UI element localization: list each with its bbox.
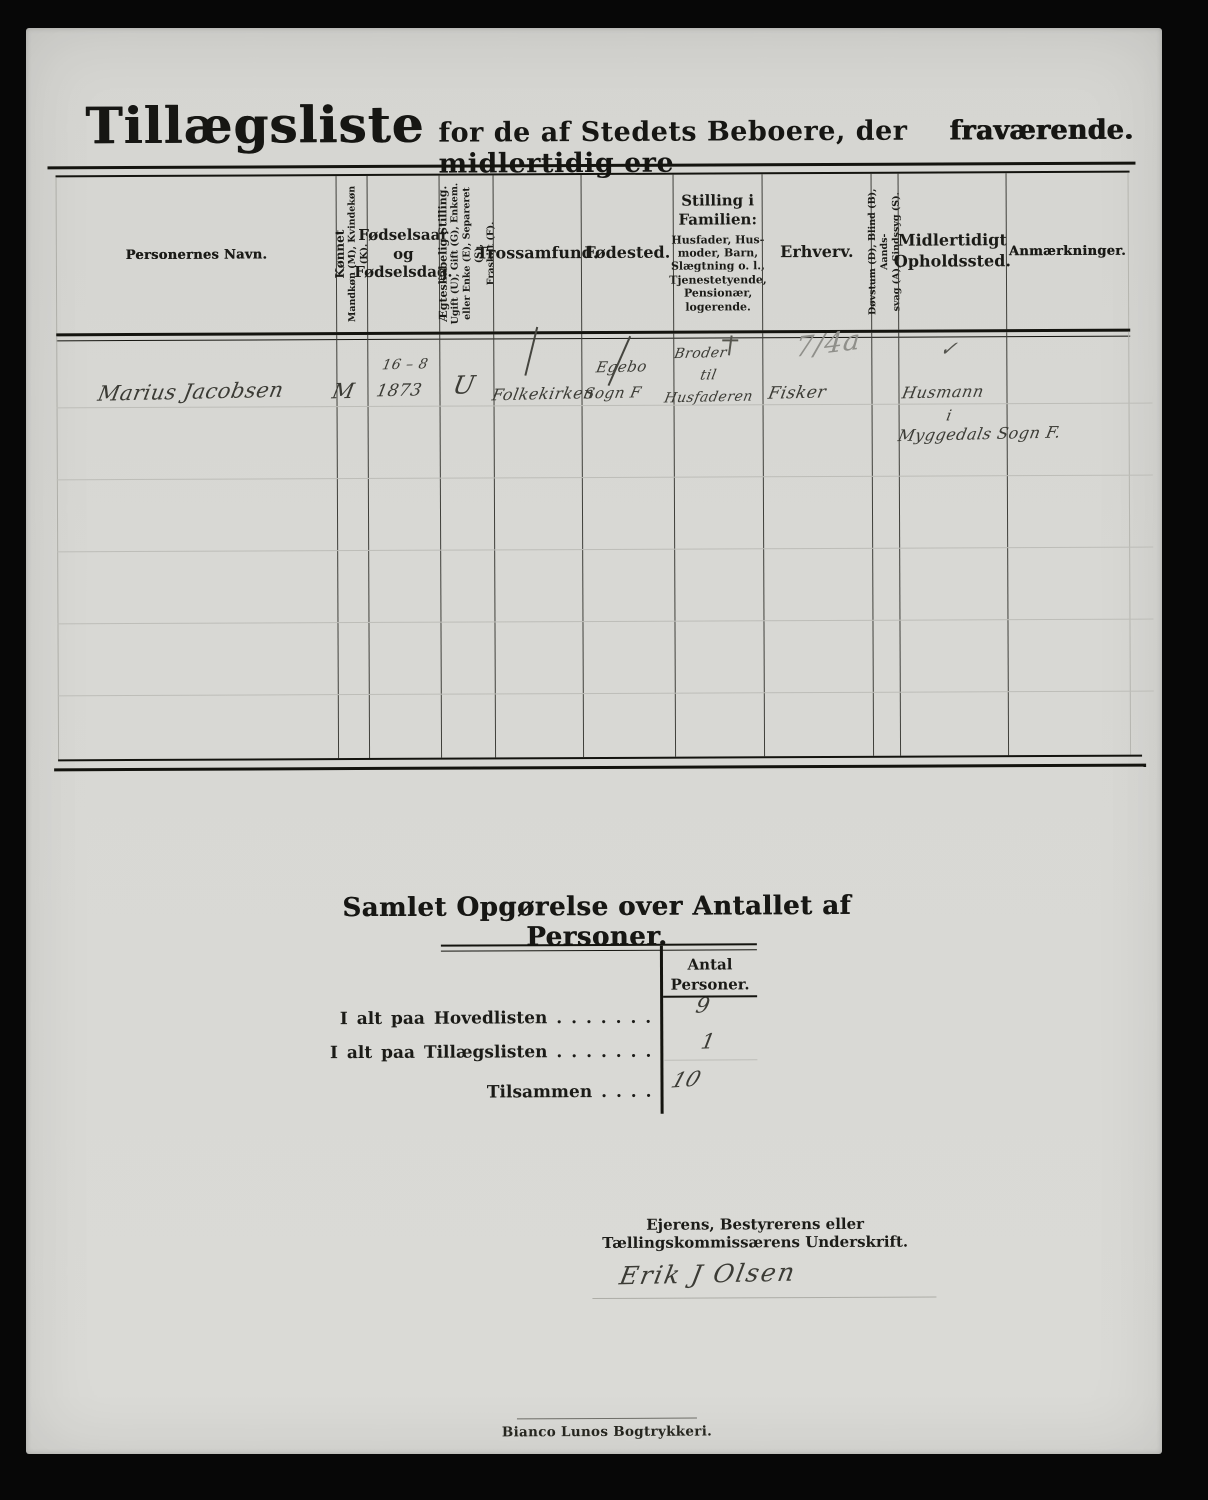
header-label: Ægteskabelig Stilling.	[436, 178, 450, 330]
header-midlertidigt-opholdssted: Midlertidigt Opholdssted.	[898, 173, 1007, 329]
entry-birth-year: 1873	[374, 380, 423, 401]
header-subline: Ugift (U), Gift (G), Enkem.	[449, 178, 462, 330]
header-trossamfund: Trossamfund.	[493, 175, 582, 331]
entry-sex: M	[330, 379, 357, 403]
entry-religion: Folkekirken	[490, 383, 596, 404]
header-label: Personernes Navn.	[126, 247, 268, 263]
entry-stay-line3: Myggedals Sogn F.	[897, 423, 1063, 446]
printer-rule	[517, 1418, 697, 1420]
entry-family-line2: til	[699, 367, 718, 383]
header-line: Midlertidigt	[894, 230, 1011, 251]
summary-row-label: I alt paa Tillægslisten . . . . . . .	[330, 1042, 651, 1063]
header-label: Anmærkninger.	[1009, 243, 1126, 259]
header-subline: Husfader, Hus-	[669, 233, 766, 247]
signature-handwritten: Erik J Olsen	[617, 1258, 799, 1291]
summary-row-label: I alt paa Hovedlisten . . . . . . .	[340, 1008, 651, 1029]
entry-occupation: Fisker	[766, 382, 827, 403]
printed-form: Tillægsliste for de af Stedets Beboere, …	[23, 26, 1165, 1457]
header-line: Stilling i	[678, 191, 757, 210]
summary-table: Antal Personer. I alt paa Hovedlisten . …	[441, 943, 758, 1120]
entry-birth-day: 16 – 8	[381, 356, 430, 373]
summary-col-header-line: Personer.	[663, 975, 757, 995]
header-line: Familien:	[678, 210, 757, 229]
signature-heading: Ejerens, Bestyrerens eller Tællingskommi…	[555, 1214, 955, 1252]
summary-row-value: 1	[699, 1029, 718, 1053]
header-label: Fødested.	[584, 242, 670, 263]
header-subline: Døvstum (D), Blind (B), Aands-	[867, 176, 891, 328]
summary-row-label: Tilsammen . . . .	[487, 1082, 652, 1103]
page-title-main: Tillægsliste	[85, 95, 424, 155]
summary-sum-rule	[664, 1059, 757, 1060]
header-erhverv: Erhverv.	[762, 174, 872, 330]
header-fodested: Fødested.	[581, 175, 674, 331]
header-personernes-navn: Personernes Navn.	[56, 176, 337, 333]
header-label: Kønnet	[332, 178, 347, 330]
entry-birthplace-line2: Sogn F	[583, 383, 643, 402]
scanned-census-page: Tillægsliste for de af Stedets Beboere, …	[26, 28, 1162, 1454]
summary-col-header: Antal Personer.	[663, 955, 757, 994]
summary-row-value: 10	[668, 1067, 704, 1093]
header-stilling-i-familien: Stilling i Familien: Husfader, Hus- mode…	[673, 174, 763, 330]
header-subline: logerende.	[669, 300, 766, 314]
header-subline: Tjenestetyende,	[669, 273, 766, 287]
entry-family-line3: Husfaderen	[663, 389, 755, 407]
header-subline: Slægtning o. l.,	[669, 260, 766, 274]
table-bottom-rule-heavy	[54, 764, 1146, 772]
header-label: Erhverv.	[780, 241, 854, 262]
entry-name: Marius Jacobsen	[96, 378, 286, 406]
header-fodselsaar: Fødselsaar og Fødselsdag.	[367, 176, 440, 332]
page-title-emphasis: fraværende.	[949, 115, 1133, 147]
absent-persons-table: Personernes Navn. Kønnet Mandkøn (M), Kv…	[55, 162, 1132, 773]
printer-imprint: Bianco Lunos Bogtrykkeri.	[487, 1423, 727, 1440]
header-line: Opholdssted.	[894, 251, 1011, 272]
entry-birthplace-line1: Egebo	[595, 357, 649, 376]
header-anmaerkninger: Anmærkninger.	[1006, 173, 1130, 330]
header-subline: Pensionær,	[669, 286, 766, 300]
table-header-row: Personernes Navn. Kønnet Mandkøn (M), Kv…	[56, 173, 1130, 334]
summary-row-value: 9	[694, 993, 713, 1017]
signature-line	[592, 1297, 936, 1300]
summary-top-rule	[441, 943, 757, 946]
summary-top-rule-thin	[441, 949, 757, 951]
header-subline: moder, Barn,	[669, 246, 766, 260]
summary-col-header-line: Antal	[663, 955, 757, 975]
entry-family-line1: Broder	[673, 345, 729, 362]
entry-stay-line1: Husmann	[901, 382, 986, 403]
